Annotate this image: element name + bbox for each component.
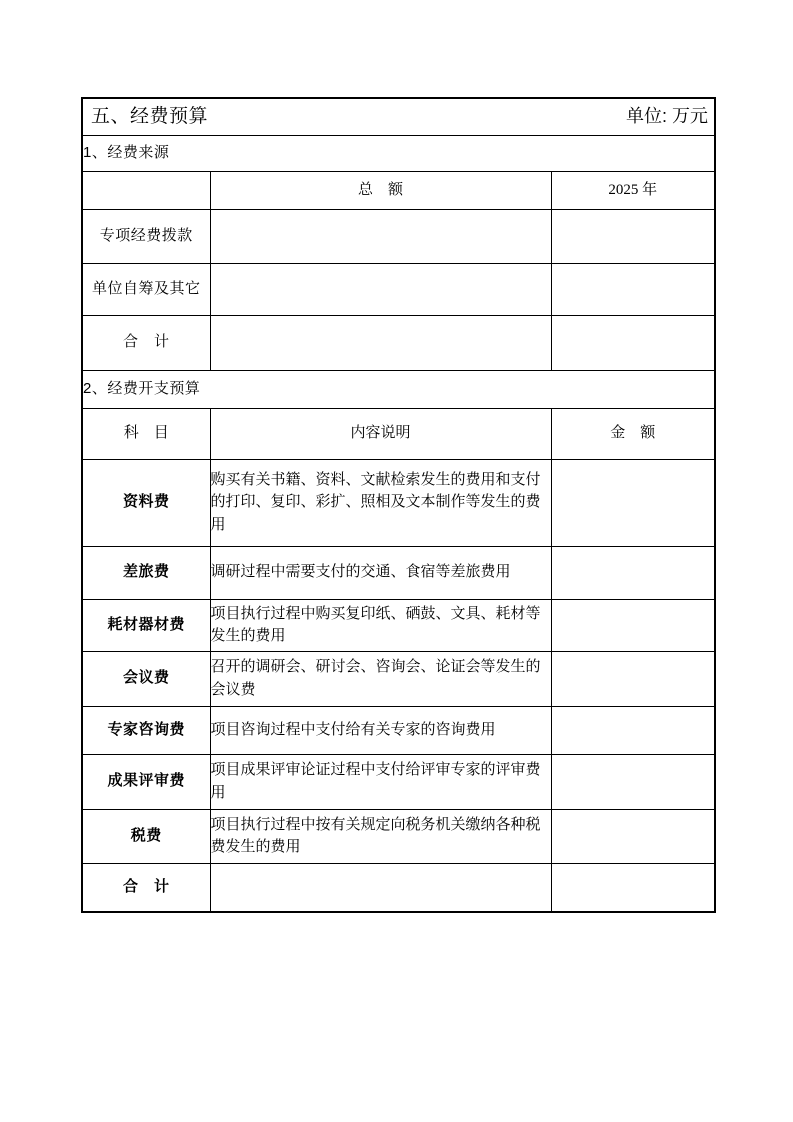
- table-row: 耗材器材费 项目执行过程中购买复印纸、硒鼓、文具、耗材等发生的费用: [82, 599, 715, 651]
- source-label-sum: 合 计: [82, 315, 210, 370]
- amount-cell-materials[interactable]: [551, 459, 715, 546]
- table-row: 2、经费开支预算: [82, 370, 715, 408]
- description-expert-consulting: 项目咨询过程中支付给有关专家的咨询费用: [210, 706, 551, 754]
- source-sum-2025-cell[interactable]: [551, 315, 715, 370]
- amount-cell-expert-consulting[interactable]: [551, 706, 715, 754]
- description-sum-cell[interactable]: [210, 863, 551, 912]
- subject-materials: 资料费: [82, 459, 210, 546]
- section1-header-year: 2025 年: [551, 171, 715, 209]
- page-title: 五、经费预算: [91, 103, 208, 132]
- section2-header-amount: 金 额: [551, 408, 715, 459]
- subject-travel: 差旅费: [82, 546, 210, 599]
- table-row: 成果评审费 项目成果评审论证过程中支付给评审专家的评审费用: [82, 754, 715, 809]
- unit-label: 单位: 万元: [626, 103, 708, 130]
- self-raised-2025-cell[interactable]: [551, 263, 715, 315]
- source-label-self-raised: 单位自筹及其它: [82, 263, 210, 315]
- description-taxes: 项目执行过程中按有关规定向税务机关缴纳各种税费发生的费用: [210, 809, 551, 863]
- table-row: 专项经费拨款: [82, 209, 715, 263]
- table-row: 总 额 2025 年: [82, 171, 715, 209]
- table-row: 单位自筹及其它: [82, 263, 715, 315]
- amount-cell-taxes[interactable]: [551, 809, 715, 863]
- amount-cell-conference[interactable]: [551, 651, 715, 706]
- section1-header-blank: [82, 171, 210, 209]
- self-raised-total-cell[interactable]: [210, 263, 551, 315]
- amount-cell-consumables[interactable]: [551, 599, 715, 651]
- table-row: 资料费 购买有关书籍、资料、文献检索发生的费用和支付的打印、复印、彩扩、照相及文…: [82, 459, 715, 546]
- table-row: 合 计: [82, 315, 715, 370]
- subject-taxes: 税费: [82, 809, 210, 863]
- source-sum-total-cell[interactable]: [210, 315, 551, 370]
- amount-cell-travel[interactable]: [551, 546, 715, 599]
- amount-cell-result-review[interactable]: [551, 754, 715, 809]
- section2-header-description: 内容说明: [210, 408, 551, 459]
- section2-header-subject: 科 目: [82, 408, 210, 459]
- special-fund-2025-cell[interactable]: [551, 209, 715, 263]
- table-row: 专家咨询费 项目咨询过程中支付给有关专家的咨询费用: [82, 706, 715, 754]
- description-result-review: 项目成果评审论证过程中支付给评审专家的评审费用: [210, 754, 551, 809]
- budget-table: 五、经费预算 单位: 万元 1、经费来源 总 额 2025 年 专项经费拨款 单…: [81, 97, 716, 913]
- special-fund-total-cell[interactable]: [210, 209, 551, 263]
- table-row: 差旅费 调研过程中需要支付的交通、食宿等差旅费用: [82, 546, 715, 599]
- subject-conference: 会议费: [82, 651, 210, 706]
- description-travel: 调研过程中需要支付的交通、食宿等差旅费用: [210, 546, 551, 599]
- table-row: 会议费 召开的调研会、研讨会、咨询会、论证会等发生的会议费: [82, 651, 715, 706]
- table-row: 科 目 内容说明 金 额: [82, 408, 715, 459]
- section1-header-total: 总 额: [210, 171, 551, 209]
- table-row: 税费 项目执行过程中按有关规定向税务机关缴纳各种税费发生的费用: [82, 809, 715, 863]
- source-label-special-fund: 专项经费拨款: [82, 209, 210, 263]
- subject-expert-consulting: 专家咨询费: [82, 706, 210, 754]
- subject-result-review: 成果评审费: [82, 754, 210, 809]
- subject-consumables: 耗材器材费: [82, 599, 210, 651]
- description-materials: 购买有关书籍、资料、文献检索发生的费用和支付的打印、复印、彩扩、照相及文本制作等…: [210, 459, 551, 546]
- subject-sum: 合 计: [82, 863, 210, 912]
- table-row: 合 计: [82, 863, 715, 912]
- table-row: 五、经费预算 单位: 万元: [82, 98, 715, 135]
- section1-heading: 1、经费来源: [82, 135, 715, 171]
- description-consumables: 项目执行过程中购买复印纸、硒鼓、文具、耗材等发生的费用: [210, 599, 551, 651]
- title-cell: 五、经费预算 单位: 万元: [82, 98, 715, 135]
- table-row: 1、经费来源: [82, 135, 715, 171]
- section2-heading: 2、经费开支预算: [82, 370, 715, 408]
- description-conference: 召开的调研会、研讨会、咨询会、论证会等发生的会议费: [210, 651, 551, 706]
- amount-cell-sum[interactable]: [551, 863, 715, 912]
